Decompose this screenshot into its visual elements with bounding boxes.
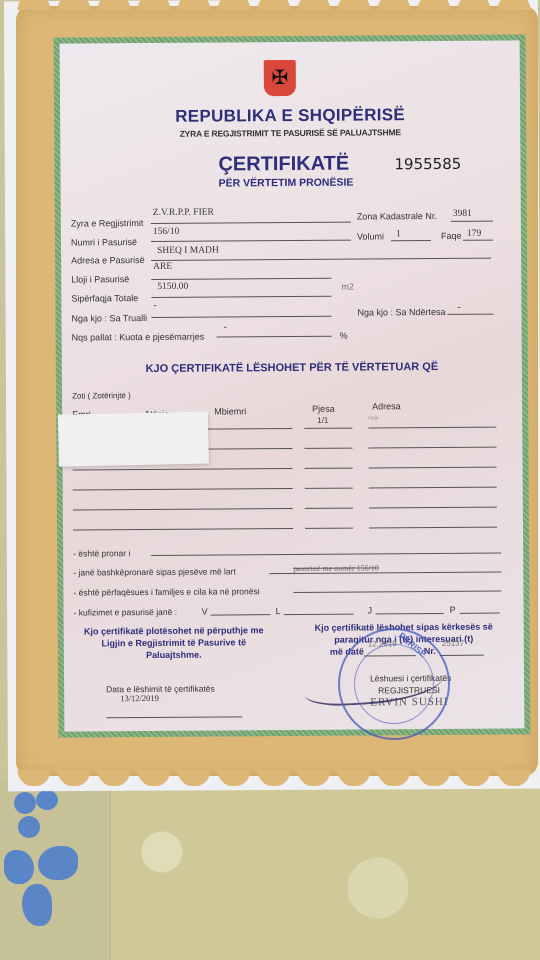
area-unit: m2 — [341, 282, 354, 292]
co-owners-value: pasurinë me numër 156/10 — [293, 563, 379, 573]
statement-borders: - kufizimet e pasurisë janë : — [74, 607, 178, 618]
frame-wave-decoration — [16, 0, 538, 10]
address-value: SHEQ I MADH — [157, 246, 219, 256]
tablecloth-background — [0, 780, 540, 960]
building-value: - — [457, 303, 460, 313]
issue-date-value: 13/12/2019 — [120, 693, 159, 703]
volume-label: Volumi — [357, 231, 384, 241]
redaction-patch — [58, 412, 209, 467]
office-label: Zyra e Regjistrimit — [71, 218, 144, 229]
certificate-body: ✠ REPUBLIKA E SHQIPËRISË ZYRA E REGJISTR… — [60, 40, 525, 731]
cadastral-label: Zona Kadastrale Nr. — [357, 211, 437, 222]
owner-table-lines — [60, 40, 520, 43]
frame-wave-decoration — [16, 770, 538, 786]
land-value: - — [153, 301, 156, 311]
republic-heading: REPUBLIKA E SHQIPËRISË — [60, 104, 520, 127]
albanian-coat-of-arms-icon: ✠ — [264, 60, 296, 96]
type-label: Lloji i Pasurisë — [71, 274, 129, 284]
property-number-value: 156/10 — [153, 227, 179, 237]
office-heading: ZYRA E REGJISTRIMIT TE PASURISË SË PALUA… — [60, 126, 520, 139]
statement-family-representative: - është përfaqësues i familjes e cila ka… — [73, 586, 259, 597]
area-value: 5150.00 — [157, 282, 188, 292]
office-value: Z.V.R.P.P. FIER — [153, 208, 214, 218]
address-label: Adresa e Pasurisë — [71, 255, 145, 266]
tablecloth-pattern — [0, 780, 111, 960]
owner-label: Zoti ( Zotërinjtë ) — [72, 391, 131, 400]
law-note: Kjo çertifikatë plotësohet në përputhje … — [74, 624, 274, 661]
volume-value: 1 — [396, 229, 401, 239]
issued-heading: KJO ÇERTIFIKATË LËSHOHET PËR TË VËRTETUA… — [62, 360, 522, 375]
certificate-green-border: ✠ REPUBLIKA E SHQIPËRISË ZYRA E REGJISTR… — [54, 34, 531, 737]
share-unit: % — [340, 331, 348, 341]
border-v-label: V — [202, 607, 208, 617]
certificate-subtitle: PËR VËRTETIM PRONËSIE — [219, 177, 354, 190]
building-label: Nga kjo : Sa Ndërtesa — [357, 307, 445, 318]
column-mbiemri: Mbiemri — [214, 406, 246, 416]
border-j-label: J — [368, 605, 373, 615]
border-p-label: P — [450, 605, 456, 615]
share-label: Nqs pallat : Kuota e pjesëmarrjes — [72, 332, 205, 343]
owner-address-value: Hale — [368, 415, 378, 421]
property-number-label: Numri i Pasurisë — [71, 237, 137, 247]
column-pjesa: Pjesa — [312, 404, 335, 414]
border-l-label: L — [276, 606, 281, 616]
page-value: 179 — [467, 229, 481, 239]
certificate-title: ÇERTIFIKATË — [218, 153, 349, 177]
area-label: Sipërfaqja Totale — [71, 293, 138, 303]
land-label: Nga kjo : Sa Trualli — [71, 313, 147, 324]
page-label: Faqe — [441, 231, 462, 241]
statement-co-owners: - janë bashkëpronarë sipas pjesëve më la… — [73, 566, 236, 577]
certificate-number: 1955585 — [394, 155, 461, 173]
request-number-value: 25137 — [442, 639, 464, 648]
owner-share-value: 1/1 — [317, 416, 328, 425]
share-value: - — [224, 322, 227, 332]
official-stamp: PERISE — [338, 628, 450, 740]
statement-owner: - është pronar i — [73, 548, 130, 558]
cadastral-value: 3981 — [453, 209, 472, 219]
column-adresa: Adresa — [372, 401, 401, 411]
type-value: ARE — [153, 262, 172, 272]
